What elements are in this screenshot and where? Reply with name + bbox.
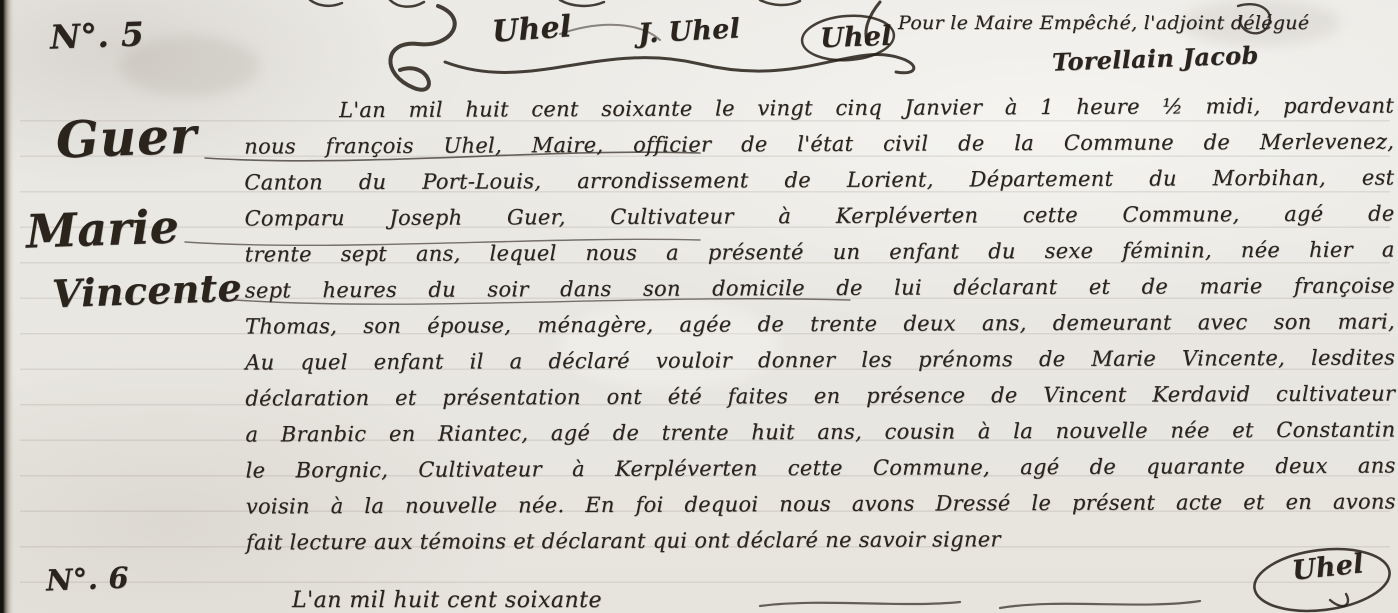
margin-next-act-number: N°. 6 — [45, 561, 129, 598]
act-line: Comparu Joseph Guer, Cultivateur à Kerpl… — [244, 195, 1394, 236]
signature-adjoint: Torellain Jacob — [1052, 40, 1259, 76]
act-line: Au quel enfant il a déclaré vouloir donn… — [245, 339, 1395, 380]
act-line: trente sept ans, lequel nous a présenté … — [245, 231, 1395, 272]
margin-act-number: N°. 5 — [49, 14, 144, 56]
signature-uhel-2: Uhel — [819, 21, 892, 54]
signature-j-uhel: J. Uhel — [637, 13, 741, 49]
act-line: a Branbic en Riantec, agé de trente huit… — [245, 411, 1395, 452]
act-line: fait lecture aux témoins et déclarant qu… — [246, 519, 1396, 560]
margin-surname: Guer — [55, 106, 198, 170]
margin-given-name-2: Vincente — [51, 265, 242, 317]
closing-signature-uhel: Uhel — [1291, 548, 1366, 586]
margin-given-name-1: Marie — [25, 199, 180, 258]
act-body: L'an mil huit cent soixante le vingt cin… — [244, 87, 1396, 560]
act-line: voisin à la nouvelle née. En foi dequoi … — [246, 483, 1396, 524]
act-line: Canton du Port-Louis, arrondissement de … — [244, 159, 1394, 200]
signature-uhel-1: Uhel — [491, 9, 573, 49]
civil-register-scan: N°. 5 Guer Marie Vincente N°. 6 Uhel J. … — [0, 0, 1398, 613]
act-line: sept heures du soir dans son domicile de… — [245, 267, 1395, 308]
act-line: Thomas, son épouse, ménagère, agée de tr… — [245, 303, 1395, 344]
act-line: le Borgnic, Cultivateur à Kerpléverten c… — [246, 447, 1396, 488]
act-line: déclaration et présentation ont été fait… — [245, 375, 1395, 416]
act-line: nous françois Uhel, Maire, officier de l… — [244, 123, 1394, 164]
mayor-delegation-note: Pour le Maire Empêché, l'adjoint délégué — [898, 12, 1309, 34]
page-binding-edge — [0, 0, 14, 613]
next-act-opening-line: L'an mil huit cent soixante — [292, 588, 602, 613]
act-line: L'an mil huit cent soixante le vingt cin… — [244, 87, 1394, 128]
